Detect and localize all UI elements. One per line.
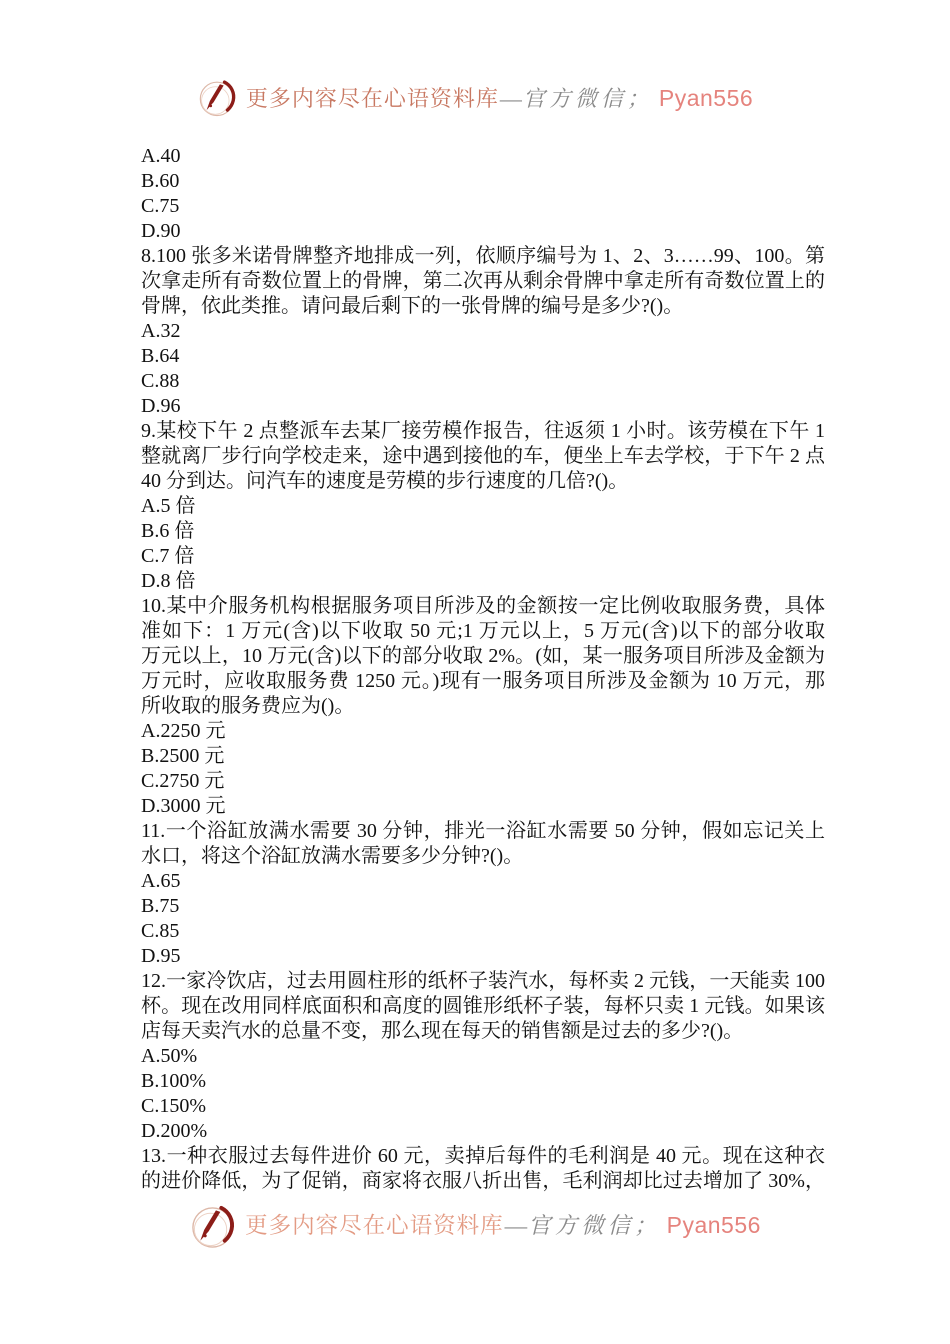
text-line: 13.一种衣服过去每件进价 60 元，卖掉后每件的毛利润是 40 元。现在这种衣…: [141, 1144, 825, 1169]
text-line: 万元以上，10 万元(含)以下的部分收取 2%。(如，某一服务项目所涉及金额为 …: [141, 644, 825, 669]
text-line: A.40: [141, 144, 825, 169]
text-line: D.8 倍: [141, 569, 825, 594]
text-line: 40 分到达。问汽车的速度是劳模的步行速度的几倍?()。: [141, 469, 825, 494]
pen-seal-icon: [189, 1202, 236, 1251]
text-line: D.90: [141, 219, 825, 244]
watermark-brand-text: 更多内容尽在心语资料库: [245, 1215, 504, 1238]
text-line: B.64: [141, 344, 825, 369]
text-line: 杯。现在改用同样底面积和高度的圆锥形纸杯子装，每杯只卖 1 元钱。如果该: [141, 994, 825, 1019]
text-line: 准如下：1 万元(含)以下收取 50 元;1 万元以上，5 万元(含)以下的部分…: [141, 619, 825, 644]
text-line: C.2750 元: [141, 769, 825, 794]
text-line: 的进价降低，为了促销，商家将衣服八折出售，毛利润却比过去增加了 30%，: [141, 1169, 825, 1194]
footer-watermark-text: 更多内容尽在心语资料库—官方微信；Pyan556: [245, 1214, 761, 1238]
exam-question-text-block: A.40B.60C.75D.908.100 张多米诺骨牌整齐地排成一列，依顺序编…: [141, 144, 825, 1194]
text-line: D.96: [141, 394, 825, 419]
text-line: A.50%: [141, 1044, 825, 1069]
text-line: A.32: [141, 319, 825, 344]
watermark-separator: —: [505, 1215, 528, 1238]
watermark-wechat-label: 官方微信；: [523, 88, 653, 110]
pen-seal-icon: [197, 77, 237, 119]
text-line: 次拿走所有奇数位置上的骨牌，第二次再从剩余骨牌中拿走所有奇数位置上的: [141, 269, 825, 294]
text-line: D.3000 元: [141, 794, 825, 819]
text-line: 9.某校下午 2 点整派车去某厂接劳模作报告，往返须 1 小时。该劳模在下午 1…: [141, 419, 825, 444]
header-watermark: 更多内容尽在心语资料库—官方微信；Pyan556: [0, 72, 950, 124]
text-line: C.75: [141, 194, 825, 219]
text-line: 12.一家冷饮店，过去用圆柱形的纸杯子装汽水，每杯卖 2 元钱，一天能卖 100: [141, 969, 825, 994]
text-line: C.85: [141, 919, 825, 944]
text-line: A.65: [141, 869, 825, 894]
text-line: 整就离厂步行向学校走来，途中遇到接他的车，便坐上车去学校，于下午 2 点: [141, 444, 825, 469]
text-line: B.60: [141, 169, 825, 194]
text-line: 万元时，应收取服务费 1250 元。)现有一服务项目所涉及金额为 10 万元，那…: [141, 669, 825, 694]
header-watermark-text: 更多内容尽在心语资料库—官方微信；Pyan556: [246, 87, 753, 110]
text-line: D.95: [141, 944, 825, 969]
text-line: C.88: [141, 369, 825, 394]
document-page: 更多内容尽在心语资料库—官方微信；Pyan556 A.40B.60C.75D.9…: [0, 0, 950, 1344]
text-line: 骨牌，依此类推。请问最后剩下的一张骨牌的编号是多少?()。: [141, 294, 825, 319]
text-line: 水口，将这个浴缸放满水需要多少分钟?()。: [141, 844, 825, 869]
watermark-brand-text: 更多内容尽在心语资料库: [246, 88, 499, 110]
watermark-separator: —: [500, 88, 522, 110]
watermark-wechat-id: Pyan556: [659, 87, 753, 110]
text-line: B.6 倍: [141, 519, 825, 544]
text-line: B.75: [141, 894, 825, 919]
text-line: 10.某中介服务机构根据服务项目所涉及的金额按一定比例收取服务费，具体标: [141, 594, 825, 619]
text-line: A.2250 元: [141, 719, 825, 744]
text-line: A.5 倍: [141, 494, 825, 519]
text-line: C.150%: [141, 1094, 825, 1119]
footer-watermark: 更多内容尽在心语资料库—官方微信；Pyan556: [0, 1196, 950, 1256]
text-line: B.100%: [141, 1069, 825, 1094]
text-line: B.2500 元: [141, 744, 825, 769]
text-line: 所收取的服务费应为()。: [141, 694, 825, 719]
text-line: 店每天卖汽水的总量不变，那么现在每天的销售额是过去的多少?()。: [141, 1019, 825, 1044]
text-line: 8.100 张多米诺骨牌整齐地排成一列，依顺序编号为 1、2、3……99、100…: [141, 244, 825, 269]
watermark-wechat-id: Pyan556: [667, 1214, 761, 1237]
text-line: C.7 倍: [141, 544, 825, 569]
watermark-wechat-label: 官方微信；: [528, 1215, 661, 1238]
text-line: 11.一个浴缸放满水需要 30 分钟，排光一浴缸水需要 50 分钟，假如忘记关上…: [141, 819, 825, 844]
text-line: D.200%: [141, 1119, 825, 1144]
